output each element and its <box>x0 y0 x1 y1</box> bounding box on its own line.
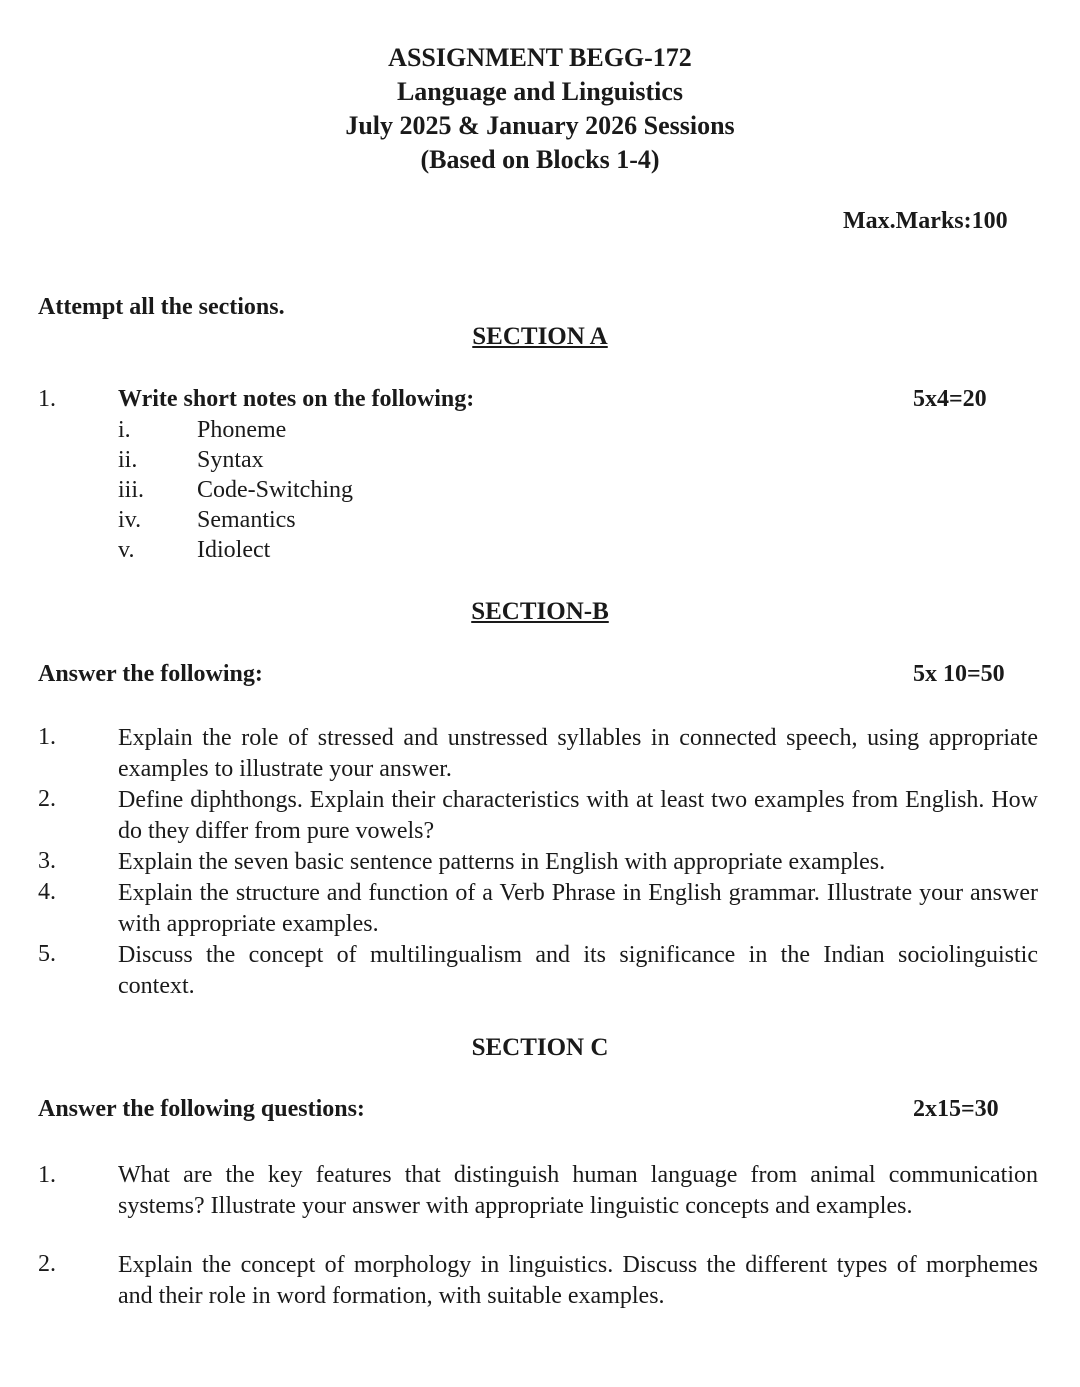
item-text: Phoneme <box>197 417 286 444</box>
question-number: 1. <box>38 724 56 751</box>
section-a-marks: 5x4=20 <box>913 386 987 413</box>
question-number: 1. <box>38 1162 56 1189</box>
item-text: Semantics <box>197 507 296 534</box>
question-number: 2. <box>38 1251 56 1278</box>
blocks-info: (Based on Blocks 1-4) <box>0 145 1080 175</box>
item-number: i. <box>118 417 131 444</box>
session-info: July 2025 & January 2026 Sessions <box>0 111 1080 141</box>
question-text: Explain the structure and function of a … <box>118 878 1038 940</box>
question-number: 2. <box>38 786 56 813</box>
question-text: What are the key features that distingui… <box>118 1160 1038 1222</box>
section-b-title: SECTION-B <box>0 598 1080 626</box>
section-b-marks: 5x 10=50 <box>913 661 1005 688</box>
question-text: Discuss the concept of multilingualism a… <box>118 940 1038 1002</box>
section-c-instruction: Answer the following questions: <box>38 1096 365 1123</box>
item-number: ii. <box>118 447 137 474</box>
question-number: 4. <box>38 879 56 906</box>
section-b-instruction: Answer the following: <box>38 661 263 688</box>
item-number: iii. <box>118 477 144 504</box>
section-a-question: Write short notes on the following: <box>118 386 474 413</box>
question-text: Define diphthongs. Explain their charact… <box>118 785 1038 847</box>
section-a-title: SECTION A <box>0 323 1080 351</box>
section-a-question-number: 1. <box>38 386 56 413</box>
item-text: Syntax <box>197 447 264 474</box>
assignment-code: ASSIGNMENT BEGG-172 <box>0 43 1080 73</box>
question-number: 5. <box>38 941 56 968</box>
section-c-marks: 2x15=30 <box>913 1096 999 1123</box>
item-text: Idiolect <box>197 537 270 564</box>
question-text: Explain the role of stressed and unstres… <box>118 723 1038 785</box>
question-text: Explain the concept of morphology in lin… <box>118 1250 1038 1312</box>
item-number: v. <box>118 537 134 564</box>
course-title: Language and Linguistics <box>0 77 1080 107</box>
section-c-title: SECTION C <box>0 1034 1080 1062</box>
question-number: 3. <box>38 848 56 875</box>
item-number: iv. <box>118 507 141 534</box>
question-text: Explain the seven basic sentence pattern… <box>118 847 1038 878</box>
max-marks: Max.Marks:100 <box>843 208 1008 235</box>
item-text: Code-Switching <box>197 477 353 504</box>
general-instruction: Attempt all the sections. <box>38 294 285 321</box>
